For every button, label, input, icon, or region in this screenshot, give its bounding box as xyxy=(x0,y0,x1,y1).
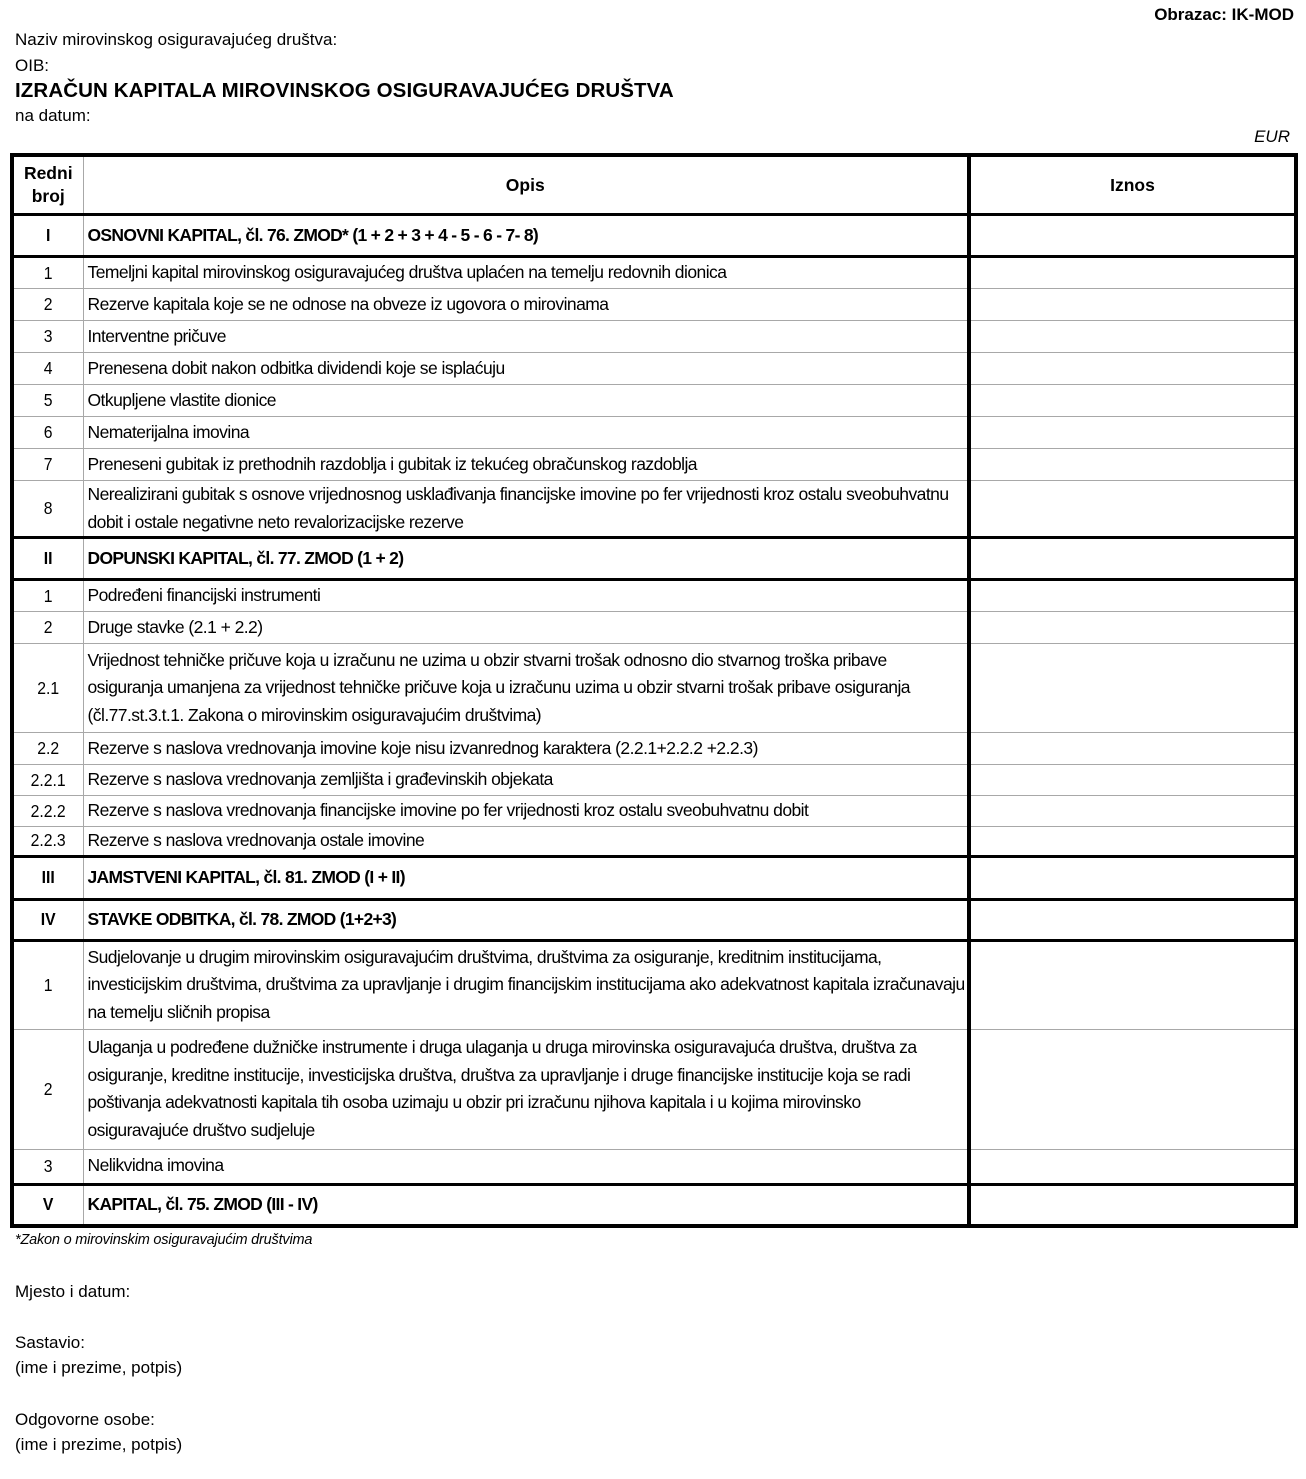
amount-cell[interactable] xyxy=(969,417,1296,449)
column-header-description: Opis xyxy=(83,155,969,215)
table-row: 1Temeljni kapital mirovinskog osiguravaj… xyxy=(12,257,1296,289)
row-description: Otkupljene vlastite dionice xyxy=(83,385,969,417)
row-number: III xyxy=(16,856,80,899)
form-code: Obrazac: IK-MOD xyxy=(1154,5,1294,25)
amount-cell[interactable] xyxy=(969,538,1296,580)
date-label: na datum: xyxy=(15,106,91,126)
column-header-amount: Iznos xyxy=(969,155,1296,215)
row-description: Sudjelovanje u drugim mirovinskim osigur… xyxy=(83,940,969,1029)
amount-cell[interactable] xyxy=(969,644,1296,733)
row-description: Rezerve s naslova vrednovanja zemljišta … xyxy=(83,765,969,796)
row-number: 2.2.1 xyxy=(16,765,80,796)
row-number: 3 xyxy=(16,321,80,353)
row-description: Nelikvidna imovina xyxy=(83,1149,969,1184)
column-header-number: Rednibroj xyxy=(12,155,83,215)
row-description: Prenesena dobit nakon odbitka dividendi … xyxy=(83,353,969,385)
table-row: 1Sudjelovanje u drugim mirovinskim osigu… xyxy=(12,940,1296,1029)
section-row: IIIJAMSTVENI KAPITAL, čl. 81. ZMOD (I + … xyxy=(12,856,1296,899)
row-number: 5 xyxy=(16,385,80,417)
section-row: IVSTAVKE ODBITKA, čl. 78. ZMOD (1+2+3) xyxy=(12,899,1296,940)
row-number: 6 xyxy=(16,417,80,449)
amount-cell[interactable] xyxy=(969,1149,1296,1184)
row-number: 2.2.2 xyxy=(16,796,80,827)
table-row: 2.2.1Rezerve s naslova vrednovanja zemlj… xyxy=(12,765,1296,796)
row-description: STAVKE ODBITKA, čl. 78. ZMOD (1+2+3) xyxy=(83,899,969,940)
amount-cell[interactable] xyxy=(969,765,1296,796)
capital-calculation-table: Rednibroj Opis Iznos IOSNOVNI KAPITAL, č… xyxy=(10,153,1298,1228)
table-row: 2Rezerve kapitala koje se ne odnose na o… xyxy=(12,289,1296,321)
table-row: 2.2.2Rezerve s naslova vrednovanja finan… xyxy=(12,796,1296,827)
table-row: 3Interventne pričuve xyxy=(12,321,1296,353)
row-number: 2.2 xyxy=(16,733,80,765)
row-number: 1 xyxy=(16,257,80,289)
responsible-persons-signature-hint: (ime i prezime, potpis) xyxy=(15,1435,182,1455)
row-number: I xyxy=(16,215,80,257)
table-row: 7Preneseni gubitak iz prethodnih razdobl… xyxy=(12,449,1296,481)
amount-cell[interactable] xyxy=(969,257,1296,289)
row-number: 1 xyxy=(16,580,80,612)
row-description: KAPITAL, čl. 75. ZMOD (III - IV) xyxy=(83,1184,969,1226)
row-description: Rezerve s naslova vrednovanja ostale imo… xyxy=(83,827,969,857)
row-number: 2.2.3 xyxy=(16,827,80,857)
row-number: 2 xyxy=(16,612,80,644)
table-row: 1Podređeni financijski instrumenti xyxy=(12,580,1296,612)
amount-cell[interactable] xyxy=(969,481,1296,538)
amount-cell[interactable] xyxy=(969,612,1296,644)
amount-cell[interactable] xyxy=(969,856,1296,899)
amount-cell[interactable] xyxy=(969,385,1296,417)
row-number: 8 xyxy=(16,481,80,538)
table-row: 2Ulaganja u podređene dužničke instrumen… xyxy=(12,1029,1296,1149)
amount-cell[interactable] xyxy=(969,321,1296,353)
row-number: 4 xyxy=(16,353,80,385)
oib-label: OIB: xyxy=(15,56,49,76)
table-row: 2.1Vrijednost tehničke pričuve koja u iz… xyxy=(12,644,1296,733)
table-row: 5Otkupljene vlastite dionice xyxy=(12,385,1296,417)
footnote: *Zakon o mirovinskim osiguravajućim druš… xyxy=(15,1232,312,1248)
row-description: Nerealizirani gubitak s osnove vrijednos… xyxy=(83,481,969,538)
row-description: Interventne pričuve xyxy=(83,321,969,353)
section-row: IOSNOVNI KAPITAL, čl. 76. ZMOD* (1 + 2 +… xyxy=(12,215,1296,257)
section-row: VKAPITAL, čl. 75. ZMOD (III - IV) xyxy=(12,1184,1296,1226)
row-number: 1 xyxy=(16,940,80,1029)
section-row: IIDOPUNSKI KAPITAL, čl. 77. ZMOD (1 + 2) xyxy=(12,538,1296,580)
table-row: 3Nelikvidna imovina xyxy=(12,1149,1296,1184)
row-description: Nematerijalna imovina xyxy=(83,417,969,449)
company-name-label: Naziv mirovinskog osiguravajućeg društva… xyxy=(15,30,337,50)
amount-cell[interactable] xyxy=(969,733,1296,765)
row-number: 2 xyxy=(16,1029,80,1149)
row-description: OSNOVNI KAPITAL, čl. 76. ZMOD* (1 + 2 + … xyxy=(83,215,969,257)
amount-cell[interactable] xyxy=(969,1184,1296,1226)
row-number: 3 xyxy=(16,1149,80,1184)
page-title: IZRAČUN KAPITALA MIROVINSKOG OSIGURAVAJU… xyxy=(15,79,674,103)
compiled-by-signature-hint: (ime i prezime, potpis) xyxy=(15,1358,182,1378)
row-description: DOPUNSKI KAPITAL, čl. 77. ZMOD (1 + 2) xyxy=(83,538,969,580)
place-date-label: Mjesto i datum: xyxy=(15,1282,130,1302)
compiled-by-label: Sastavio: xyxy=(15,1333,85,1353)
row-number: V xyxy=(16,1184,80,1226)
row-number: IV xyxy=(16,899,80,940)
amount-cell[interactable] xyxy=(969,289,1296,321)
amount-cell[interactable] xyxy=(969,580,1296,612)
amount-cell[interactable] xyxy=(969,827,1296,857)
amount-cell[interactable] xyxy=(969,1029,1296,1149)
row-number: II xyxy=(16,538,80,580)
amount-cell[interactable] xyxy=(969,940,1296,1029)
table-row: 8Nerealizirani gubitak s osnove vrijedno… xyxy=(12,481,1296,538)
row-description: Podređeni financijski instrumenti xyxy=(83,580,969,612)
row-description: Rezerve s naslova vrednovanja financijsk… xyxy=(83,796,969,827)
table-row: 2.2Rezerve s naslova vrednovanja imovine… xyxy=(12,733,1296,765)
row-number: 2 xyxy=(16,289,80,321)
table-row: 6Nematerijalna imovina xyxy=(12,417,1296,449)
row-description: Temeljni kapital mirovinskog osiguravaju… xyxy=(83,257,969,289)
row-description: Ulaganja u podređene dužničke instrument… xyxy=(83,1029,969,1149)
amount-cell[interactable] xyxy=(969,215,1296,257)
amount-cell[interactable] xyxy=(969,899,1296,940)
table-body: IOSNOVNI KAPITAL, čl. 76. ZMOD* (1 + 2 +… xyxy=(12,215,1296,1227)
row-description: Rezerve kapitala koje se ne odnose na ob… xyxy=(83,289,969,321)
row-description: JAMSTVENI KAPITAL, čl. 81. ZMOD (I + II) xyxy=(83,856,969,899)
row-description: Vrijednost tehničke pričuve koja u izrač… xyxy=(83,644,969,733)
row-description: Preneseni gubitak iz prethodnih razdoblj… xyxy=(83,449,969,481)
table-row: 2.2.3Rezerve s naslova vrednovanja ostal… xyxy=(12,827,1296,857)
amount-cell[interactable] xyxy=(969,796,1296,827)
table-header-row: Rednibroj Opis Iznos xyxy=(12,155,1296,215)
row-number: 7 xyxy=(16,449,80,481)
row-description: Rezerve s naslova vrednovanja imovine ko… xyxy=(83,733,969,765)
responsible-persons-label: Odgovorne osobe: xyxy=(15,1410,155,1430)
table-row: 2Druge stavke (2.1 + 2.2) xyxy=(12,612,1296,644)
table-row: 4Prenesena dobit nakon odbitka dividendi… xyxy=(12,353,1296,385)
amount-cell[interactable] xyxy=(969,449,1296,481)
row-description: Druge stavke (2.1 + 2.2) xyxy=(83,612,969,644)
currency-label: EUR xyxy=(1254,127,1290,147)
row-number: 2.1 xyxy=(16,644,80,733)
amount-cell[interactable] xyxy=(969,353,1296,385)
